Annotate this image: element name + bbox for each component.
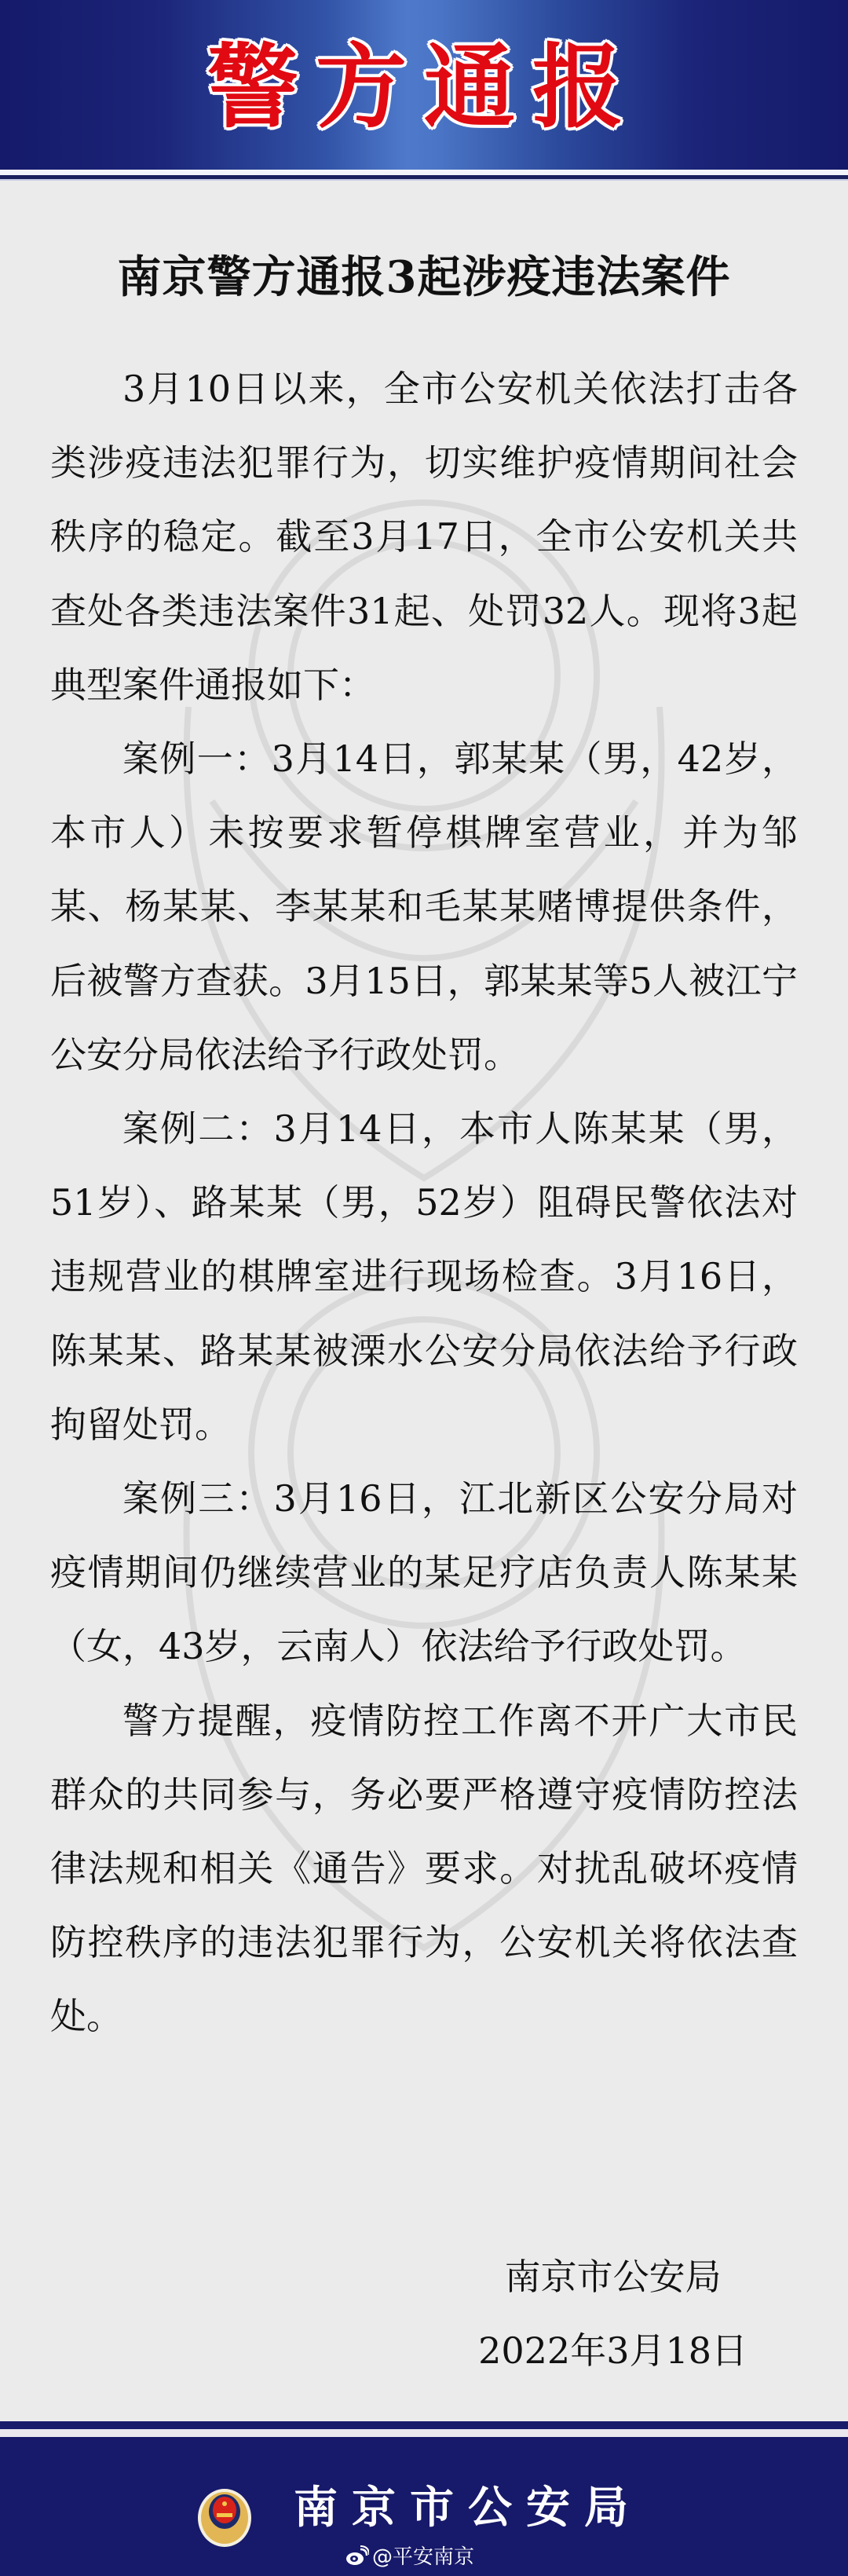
- header-banner: 警方通报: [0, 0, 848, 170]
- footer-divider-line: [0, 2421, 848, 2429]
- police-emblem-icon: [196, 2486, 253, 2548]
- signature-block: 南京市公安局 2022年3月18日: [478, 2240, 747, 2388]
- signature-issuer: 南京市公安局: [478, 2240, 747, 2314]
- weibo-watermark: @平安南京: [345, 2541, 474, 2570]
- weibo-handle: @平安南京: [372, 2541, 474, 2570]
- paragraph-reminder: 警方提醒，疫情防控工作离不开广大市民群众的共同参与，务必要严格遵守疫情防控法律法…: [50, 1684, 798, 2054]
- header-divider: [0, 170, 848, 175]
- footer-divider-gap: [0, 2429, 848, 2437]
- header-divider-shadow: [0, 179, 848, 181]
- footer-banner: 南京市公安局 @平安南京: [0, 2437, 848, 2576]
- signature-date: 2022年3月18日: [478, 2314, 747, 2388]
- paragraph-case-2: 案例二：3月14日，本市人陈某某（男，51岁）、路某某（男，52岁）阻碍民警依法…: [50, 1092, 798, 1462]
- paragraph-case-1: 案例一：3月14日，郭某某（男，42岁，本市人）未按要求暂停棋牌室营业，并为邹某…: [50, 722, 798, 1092]
- document-body: 3月10日以来，全市公安机关依法打击各类涉疫违法犯罪行为，切实维护疫情期间社会秩…: [50, 352, 798, 2054]
- paragraph-intro: 3月10日以来，全市公安机关依法打击各类涉疫违法犯罪行为，切实维护疫情期间社会秩…: [50, 352, 798, 722]
- footer-organization-name: 南京市公安局: [294, 2481, 642, 2536]
- weibo-icon: [345, 2545, 369, 2567]
- banner-title: 警方通报: [0, 41, 848, 135]
- paragraph-case-3: 案例三：3月16日，江北新区公安分局对疫情期间仍继续营业的某足疗店负责人陈某某（…: [50, 1462, 798, 1684]
- document-title: 南京警方通报3起涉疫违法案件: [0, 250, 848, 305]
